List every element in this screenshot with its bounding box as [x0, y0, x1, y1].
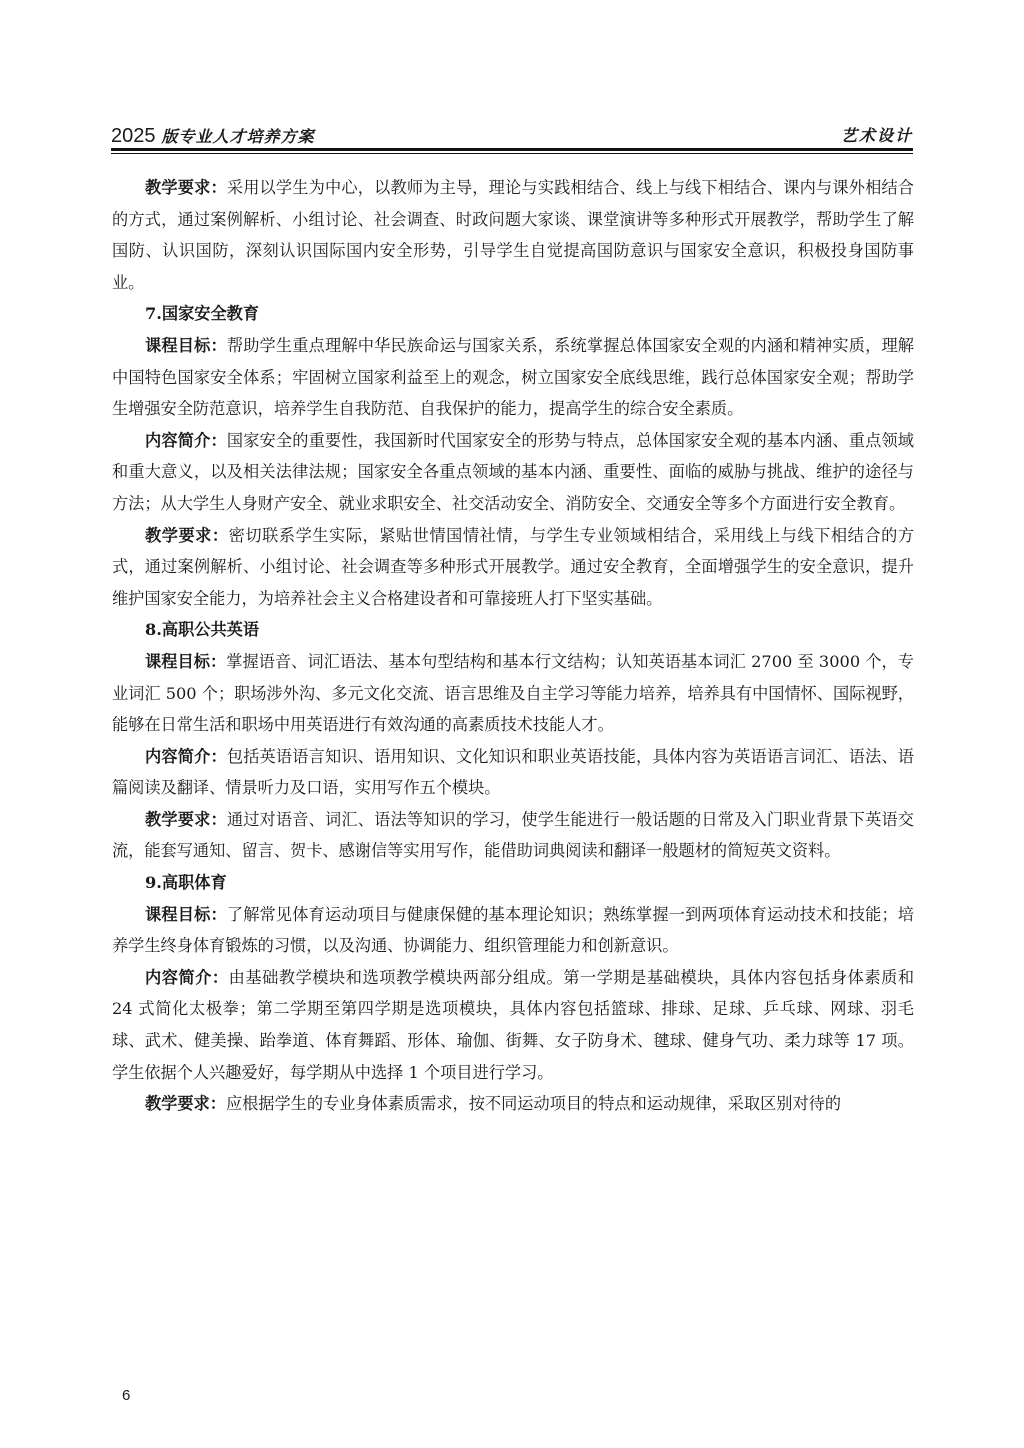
paragraph-course-goal: 课程目标：了解常见体育运动项目与健康保健的基本理论知识；熟练掌握一到两项体育运动…	[112, 899, 914, 962]
header-rule-thin	[111, 153, 913, 154]
paragraph-lead: 教学要求：	[145, 810, 227, 829]
paragraph-teaching-requirements: 教学要求：采用以学生为中心，以教师为主导，理论与实践相结合、线上与线下相结合、课…	[112, 172, 914, 298]
paragraph-text: 采用以学生为中心，以教师为主导，理论与实践相结合、线上与线下相结合、课内与课外相…	[112, 178, 914, 292]
paragraph-text: 了解常见体育运动项目与健康保健的基本理论知识；熟练掌握一到两项体育运动技术和技能…	[112, 905, 914, 956]
paragraph-content-intro: 内容简介：国家安全的重要性，我国新时代国家安全的形势与特点，总体国家安全观的基本…	[112, 425, 914, 520]
body-content: 教学要求：采用以学生为中心，以教师为主导，理论与实践相结合、线上与线下相结合、课…	[112, 172, 914, 1120]
paragraph-course-goal: 课程目标：掌握语音、词汇语法、基本句型结构和基本行文结构；认知英语基本词汇 27…	[112, 646, 914, 741]
paragraph-text: 帮助学生重点理解中华民族命运与国家关系，系统掌握总体国家安全观的内涵和精神实质，…	[112, 336, 914, 418]
paragraph-lead: 内容简介：	[145, 431, 227, 450]
paragraph-text: 包括英语语言知识、语用知识、文化知识和职业英语技能，具体内容为英语语言词汇、语法…	[112, 747, 914, 798]
paragraph-text: 国家安全的重要性，我国新时代国家安全的形势与特点，总体国家安全观的基本内涵、重点…	[112, 431, 914, 513]
document-page: 2025 版专业人才培养方案 艺术设计 教学要求：采用以学生为中心，以教师为主导…	[0, 0, 1024, 1448]
paragraph-lead: 课程目标：	[145, 336, 227, 355]
header-major: 艺术设计	[841, 124, 913, 148]
section-heading: 7.国家安全教育	[112, 298, 914, 330]
section-heading: 9.高职体育	[112, 867, 914, 899]
paragraph-course-goal: 课程目标：帮助学生重点理解中华民族命运与国家关系，系统掌握总体国家安全观的内涵和…	[112, 330, 914, 425]
paragraph-lead: 教学要求：	[145, 178, 227, 197]
paragraph-lead: 内容简介：	[145, 968, 229, 987]
header-rule-thick	[111, 148, 913, 151]
paragraph-lead: 内容简介：	[145, 747, 227, 766]
paragraph-content-intro: 内容简介：包括英语语言知识、语用知识、文化知识和职业英语技能，具体内容为英语语言…	[112, 741, 914, 804]
paragraph-text: 掌握语音、词汇语法、基本句型结构和基本行文结构；认知英语基本词汇 2700 至 …	[112, 652, 914, 734]
paragraph-content-intro: 内容简介：由基础教学模块和选项教学模块两部分组成。第一学期是基础模块，具体内容包…	[112, 962, 914, 1088]
header-year: 2025	[111, 125, 156, 147]
paragraph-lead: 教学要求：	[145, 526, 229, 545]
paragraph-text: 密切联系学生实际，紧贴世情国情社情，与学生专业领域相结合，采用线上与线下相结合的…	[112, 526, 914, 608]
section-heading: 8.高职公共英语	[112, 614, 914, 646]
paragraph-text: 通过对语音、词汇、语法等知识的学习，使学生能进行一般话题的日常及入门职业背景下英…	[112, 810, 914, 861]
paragraph-text: 应根据学生的专业身体素质需求，按不同运动项目的特点和运动规律，采取区别对待的	[226, 1094, 841, 1113]
paragraph-teaching-requirements: 教学要求：应根据学生的专业身体素质需求，按不同运动项目的特点和运动规律，采取区别…	[112, 1088, 914, 1120]
paragraph-lead: 课程目标：	[145, 905, 227, 924]
paragraph-text: 由基础教学模块和选项教学模块两部分组成。第一学期是基础模块，具体内容包括身体素质…	[112, 968, 914, 1082]
paragraph-lead: 教学要求：	[145, 1094, 226, 1113]
paragraph-teaching-requirements: 教学要求：密切联系学生实际，紧贴世情国情社情，与学生专业领域相结合，采用线上与线…	[112, 520, 914, 615]
page-number: 6	[122, 1387, 130, 1404]
running-header: 2025 版专业人才培养方案 艺术设计	[111, 124, 913, 148]
paragraph-teaching-requirements: 教学要求：通过对语音、词汇、语法等知识的学习，使学生能进行一般话题的日常及入门职…	[112, 804, 914, 867]
header-title: 版专业人才培养方案	[162, 127, 315, 146]
header-document-title: 2025 版专业人才培养方案	[111, 124, 315, 149]
paragraph-lead: 课程目标：	[145, 652, 226, 671]
